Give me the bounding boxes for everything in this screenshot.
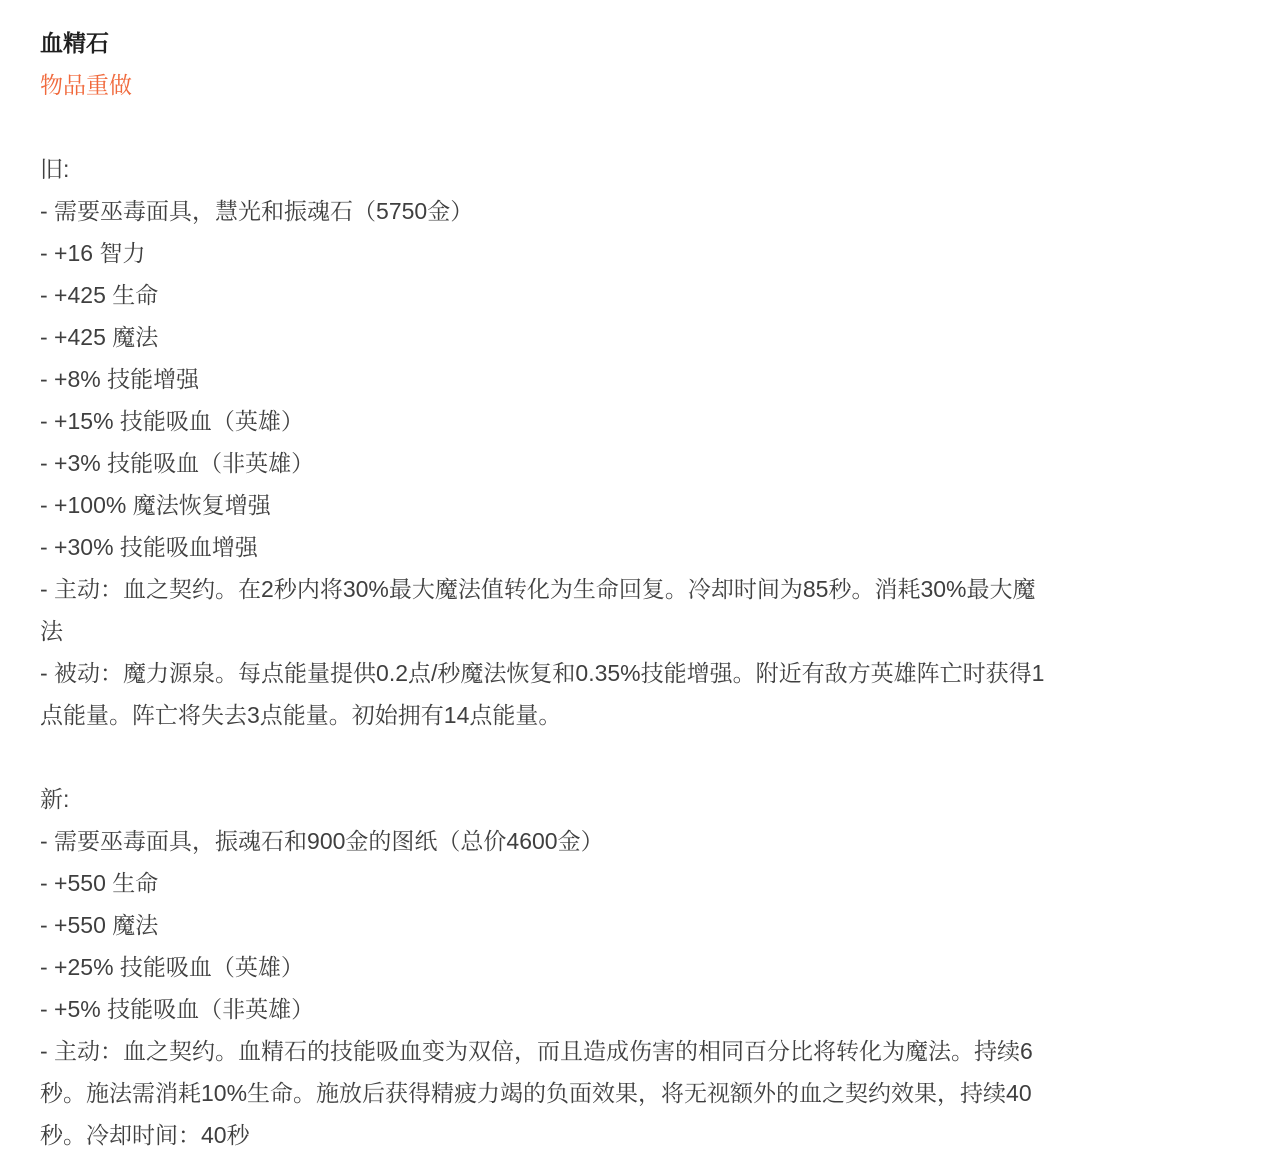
change-item: - +25% 技能吸血（英雄） (40, 946, 1050, 988)
change-item: - +5% 技能吸血（非英雄） (40, 988, 1050, 1030)
change-item: - 需要巫毒面具，慧光和振魂石（5750金） (40, 190, 1050, 232)
change-item: - 主动：血之契约。在2秒内将30%最大魔法值转化为生命回复。冷却时间为85秒。… (40, 568, 1050, 652)
change-item: - +550 生命 (40, 862, 1050, 904)
old-section-heading: 旧: (40, 148, 1050, 190)
rework-link-row: 物品重做 (40, 64, 1050, 106)
spacer (40, 736, 1050, 778)
change-item: - +3% 技能吸血（非英雄） (40, 442, 1050, 484)
change-item: - 主动：血之契约。血精石的技能吸血变为双倍，而且造成伤害的相同百分比将转化为魔… (40, 1030, 1050, 1156)
item-title: 血精石 (40, 22, 1050, 64)
change-item: - +8% 技能增强 (40, 358, 1050, 400)
change-item: - +550 魔法 (40, 904, 1050, 946)
change-item: - +100% 魔法恢复增强 (40, 484, 1050, 526)
change-item: - +15% 技能吸血（英雄） (40, 400, 1050, 442)
change-item: - +16 智力 (40, 232, 1050, 274)
change-item: - +425 魔法 (40, 316, 1050, 358)
change-item: - +425 生命 (40, 274, 1050, 316)
new-section-heading: 新: (40, 778, 1050, 820)
spacer (40, 106, 1050, 148)
item-rework-link[interactable]: 物品重做 (40, 72, 132, 98)
change-item: - +30% 技能吸血增强 (40, 526, 1050, 568)
patch-notes-article: 血精石 物品重做 旧: - 需要巫毒面具，慧光和振魂石（5750金） - +16… (0, 0, 1050, 1156)
change-item: - 被动：魔力源泉。每点能量提供0.2点/秒魔法恢复和0.35%技能增强。附近有… (40, 652, 1050, 736)
change-item: - 需要巫毒面具，振魂石和900金的图纸（总价4600金） (40, 820, 1050, 862)
